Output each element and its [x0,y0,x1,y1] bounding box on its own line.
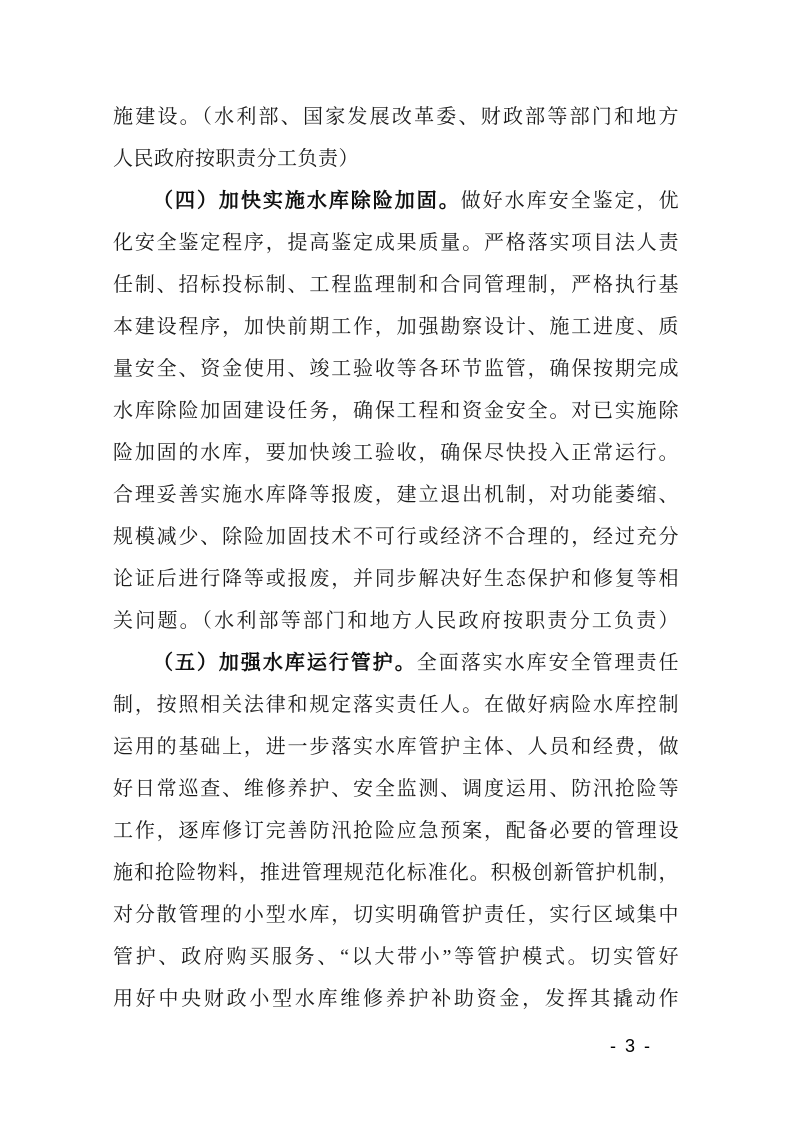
line-text: 施建设。（水利部、国家发展改革委、财政部等部门和地方 [113,106,679,128]
text-line: 量安全、资金使用、竣工验收等各环节监管，确保按期完成 [113,348,679,390]
line-text: 施和抢险物料，推进管理规范化标准化。积极创新管护机制， [113,862,679,884]
section-heading-4: （四）加快实施水库除险加固。 [153,190,461,212]
line-text: 好日常巡查、维修养护、安全监测、调度运用、防汛抢险等 [113,778,679,800]
text-line: 施建设。（水利部、国家发展改革委、财政部等部门和地方 [113,96,679,138]
line-text: 工作，逐库修订完善防汛抢险应急预案，配备必要的管理设 [113,820,679,842]
text-line: 运用的基础上，进一步落实水库管护主体、人员和经费，做 [113,726,679,768]
text-line: （五）加强水库运行管护。全面落实水库安全管理责任 [113,642,679,684]
text-line: 制，按照相关法律和规定落实责任人。在做好病险水库控制 [113,684,679,726]
document-page: 施建设。（水利部、国家发展改革委、财政部等部门和地方 人民政府按职责分工负责） … [0,0,800,1131]
line-text: 全面落实水库安全管理责任 [417,652,679,674]
line-text: 量安全、资金使用、竣工验收等各环节监管，确保按期完成 [113,358,679,380]
text-line: 险加固的水库，要加快竣工验收，确保尽快投入正常运行。 [113,432,679,474]
line-text: 对分散管理的小型水库，切实明确管护责任，实行区域集中 [113,904,679,926]
section-heading-5: （五）加强水库运行管护。 [153,652,417,674]
line-text: 人民政府按职责分工负责） [113,148,359,170]
text-line: 任制、招标投标制、工程监理制和合同管理制，严格执行基 [113,264,679,306]
line-text: 做好水库安全鉴定，优 [461,190,679,212]
text-line: 本建设程序，加快前期工作，加强勘察设计、施工进度、质 [113,306,679,348]
text-line: 工作，逐库修订完善防汛抢险应急预案，配备必要的管理设 [113,810,679,852]
text-line: 好日常巡查、维修养护、安全监测、调度运用、防汛抢险等 [113,768,679,810]
text-line: （四）加快实施水库除险加固。做好水库安全鉴定，优 [113,180,679,222]
line-text: 运用的基础上，进一步落实水库管护主体、人员和经费，做 [113,736,679,758]
line-text: 论证后进行降等或报废，并同步解决好生态保护和修复等相 [113,568,679,590]
page-number: - 3 - [113,1036,679,1057]
line-text: 险加固的水库，要加快竣工验收，确保尽快投入正常运行。 [113,442,679,464]
text-line: 关问题。（水利部等部门和地方人民政府按职责分工负责） [113,600,679,642]
line-text: 管护、政府购买服务、“以大带小”等管护模式。切实管好 [113,946,679,968]
text-line: 人民政府按职责分工负责） [113,138,679,180]
line-text: 任制、招标投标制、工程监理制和合同管理制，严格执行基 [113,274,679,296]
line-text: 本建设程序，加快前期工作，加强勘察设计、施工进度、质 [113,316,679,338]
text-line: 化安全鉴定程序，提高鉴定成果质量。严格落实项目法人责 [113,222,679,264]
line-text: 规模减少、除险加固技术不可行或经济不合理的，经过充分 [113,526,679,548]
text-line: 规模减少、除险加固技术不可行或经济不合理的，经过充分 [113,516,679,558]
line-text: 合理妥善实施水库降等报废，建立退出机制，对功能萎缩、 [113,484,679,506]
text-line: 用好中央财政小型水库维修养护补助资金，发挥其撬动作 [113,978,679,1020]
document-body: 施建设。（水利部、国家发展改革委、财政部等部门和地方 人民政府按职责分工负责） … [113,96,679,1020]
line-text: 制，按照相关法律和规定落实责任人。在做好病险水库控制 [113,694,679,716]
text-line: 合理妥善实施水库降等报废，建立退出机制，对功能萎缩、 [113,474,679,516]
line-text: 用好中央财政小型水库维修养护补助资金，发挥其撬动作 [113,988,679,1010]
text-line: 论证后进行降等或报废，并同步解决好生态保护和修复等相 [113,558,679,600]
text-line: 水库除险加固建设任务，确保工程和资金安全。对已实施除 [113,390,679,432]
line-text: 关问题。（水利部等部门和地方人民政府按职责分工负责） [113,610,679,632]
text-line: 对分散管理的小型水库，切实明确管护责任，实行区域集中 [113,894,679,936]
line-text: 水库除险加固建设任务，确保工程和资金安全。对已实施除 [113,400,679,422]
line-text: 化安全鉴定程序，提高鉴定成果质量。严格落实项目法人责 [113,232,679,254]
text-line: 施和抢险物料，推进管理规范化标准化。积极创新管护机制， [113,852,679,894]
text-line: 管护、政府购买服务、“以大带小”等管护模式。切实管好 [113,936,679,978]
